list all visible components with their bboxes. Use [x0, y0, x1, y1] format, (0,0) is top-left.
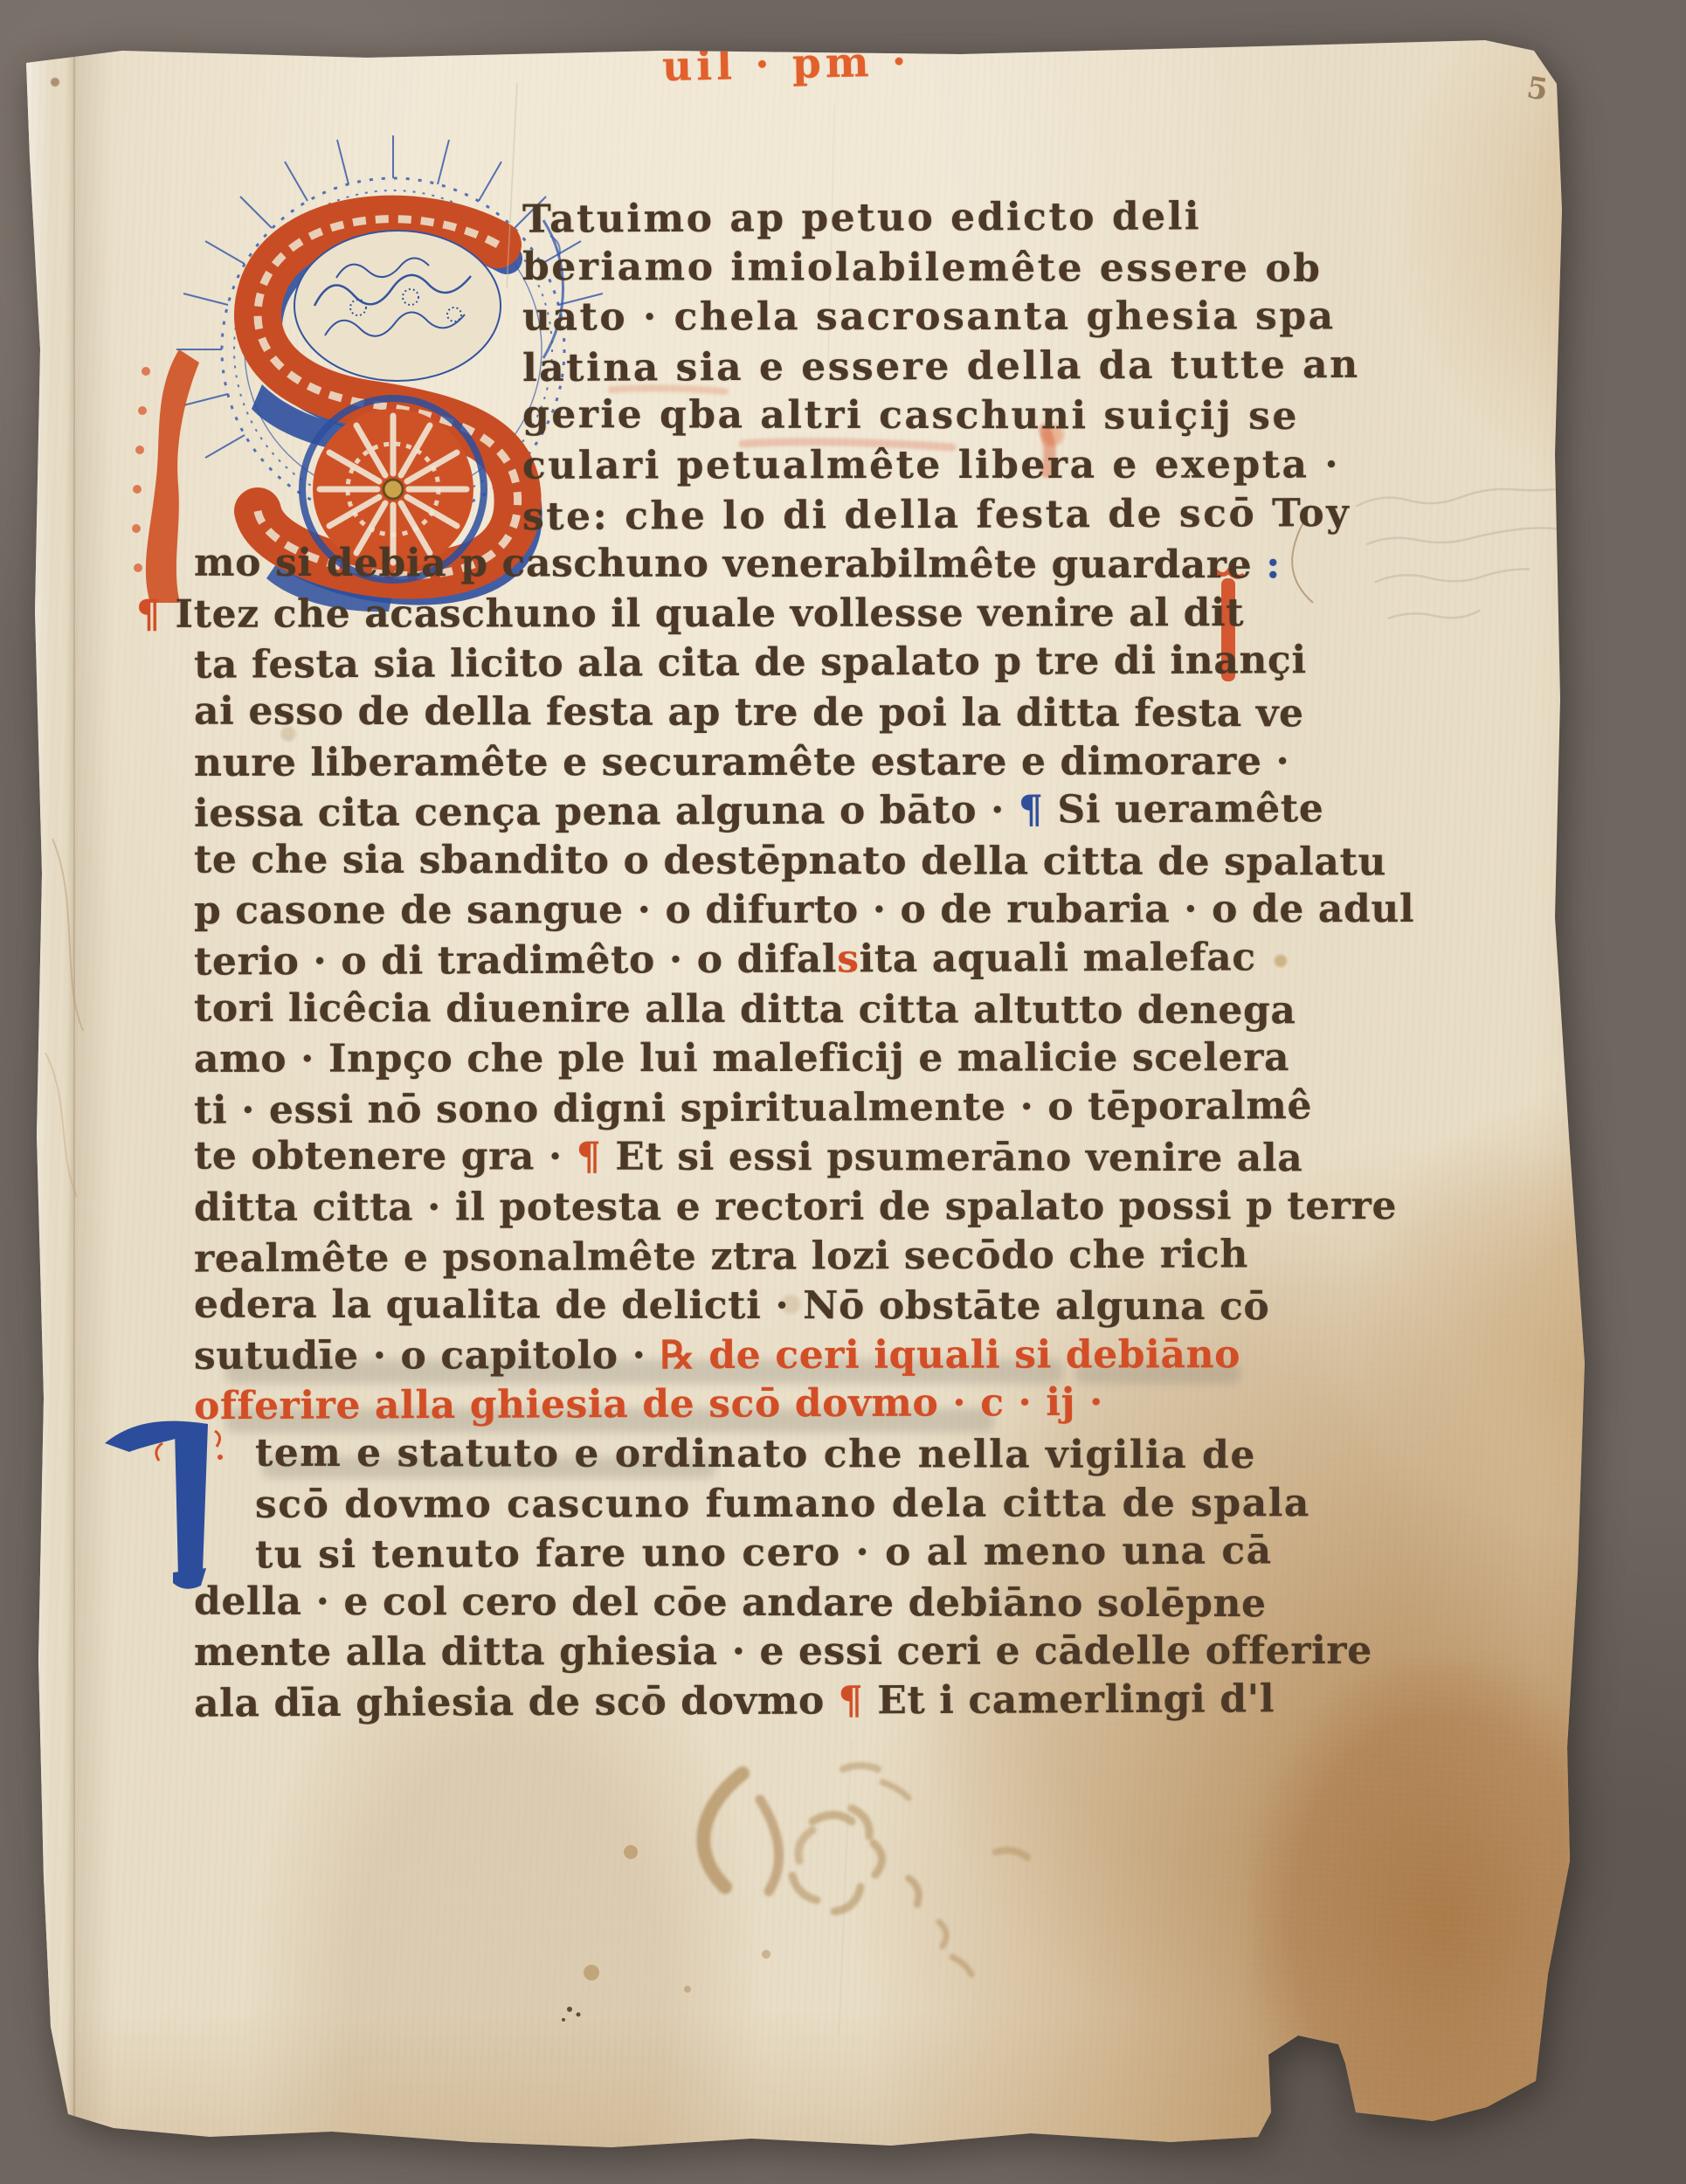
- text-line: tori licêcia diuenire alla ditta citta a…: [194, 989, 1296, 1030]
- text-line: nure liberamête e securamête estare e di…: [194, 743, 1289, 783]
- text-line: ta festa sia licito ala cita de spalato …: [194, 642, 1307, 686]
- text-segment: iessa cita cença pena alguna o bāto ·: [194, 788, 1019, 836]
- text-line: te obtenere gra · ¶ Et si essi psumerāno…: [194, 1137, 1303, 1178]
- text-line: scō dovmo cascuno fumano dela citta de s…: [255, 1484, 1310, 1524]
- text-segment: tem e statuto e ordinato che nella vigil…: [255, 1431, 1256, 1477]
- text-segment: sutudīe · o capitolo ·: [194, 1333, 660, 1379]
- text-segment: tori licêcia diuenire alla ditta citta a…: [194, 985, 1296, 1033]
- text-segment: mente alla ditta ghiesia · e essi ceri e…: [194, 1628, 1372, 1675]
- text-segment: tu si tenuto fare uno cero · o al meno u…: [255, 1529, 1273, 1578]
- text-line: della · e col cero del cōe andare debiān…: [194, 1583, 1267, 1624]
- text-segment: nure liberamête e securamête estare e di…: [194, 739, 1289, 785]
- text-segment: ai esso de della festa ap tre de poi la …: [194, 689, 1304, 736]
- text-segment: amo · Inpço che ple lui maleficij e mali…: [194, 1035, 1289, 1082]
- text-block: Tatuimo ap petuo edicto deliberiamo imio…: [0, 0, 1686, 2184]
- text-segment: beriamo imiolabilemête essere ob: [522, 245, 1323, 291]
- text-segment: latina sia e essere della da tutte an: [522, 342, 1360, 390]
- rubric-segment: ¶: [1019, 788, 1058, 833]
- rubric-segment: ¶: [136, 592, 176, 637]
- page-wrapper: uil · pm̃ · 5: [0, 0, 1686, 2184]
- text-segment: Tatuimo ap petuo edicto deli: [522, 194, 1201, 241]
- text-segment: gerie qba altri caschuni suiçij se: [522, 392, 1299, 439]
- text-line: ti · essi nō sono digni spiritualmente ·…: [194, 1087, 1312, 1130]
- rubric-segment: offerire alla ghiesia de scō dovmo · c ·…: [194, 1380, 1103, 1429]
- photograph-background: uil · pm̃ · 5: [0, 0, 1686, 2184]
- text-line: mente alla ditta ghiesia · e essi ceri e…: [194, 1632, 1372, 1672]
- text-segment: uato · chela sacrosanta ghesia spa: [522, 294, 1336, 340]
- text-segment: ste: che lo di della festa de scō Toy: [522, 491, 1351, 539]
- text-line: ai esso de della festa ap tre de poi la …: [194, 693, 1304, 734]
- text-line: ditta citta · il potesta e rectori de sp…: [194, 1187, 1397, 1227]
- text-line: tem e statuto e ordinato che nella vigil…: [255, 1434, 1256, 1475]
- text-segment: Si ueramête: [1057, 786, 1323, 832]
- rubric-segment: ¶: [839, 1678, 878, 1723]
- text-line: p casone de sangue · o difurto · o de ru…: [194, 890, 1414, 930]
- text-segment: te che sia sbandito o destēpnato della c…: [194, 837, 1386, 884]
- text-segment: ditta citta · il potesta e rectori de sp…: [194, 1184, 1397, 1230]
- rubric-segment: :: [1266, 543, 1281, 587]
- text-line: realmête e psonalmête ztra lozi secōdo c…: [194, 1235, 1248, 1278]
- text-segment: ti · essi nō sono digni spiritualmente ·…: [194, 1083, 1312, 1133]
- text-line: te che sia sbandito o destēpnato della c…: [194, 840, 1386, 881]
- text-line: amo · Inpço che ple lui maleficij e mali…: [194, 1039, 1289, 1079]
- text-segment: scō dovmo cascuno fumano dela citta de s…: [255, 1481, 1310, 1527]
- manuscript-page: uil · pm̃ · 5: [0, 0, 1686, 2184]
- text-line: offerire alla ghiesia de scō dovmo · c ·…: [194, 1384, 1103, 1427]
- text-line: uato · chela sacrosanta ghesia spa: [522, 298, 1336, 337]
- text-segment: culari petualmête libera e exepta ·: [522, 442, 1340, 487]
- text-line: terio · o di tradimêto · o difalsita aqu…: [194, 938, 1256, 981]
- text-segment: ita aquali malefac: [859, 935, 1255, 981]
- text-line: tu si tenuto fare uno cero · o al meno u…: [255, 1532, 1273, 1575]
- text-line: iessa cita cença pena alguna o bāto · ¶ …: [194, 790, 1324, 833]
- text-segment: della · e col cero del cōe andare debiān…: [194, 1579, 1267, 1627]
- text-segment: terio · o di tradimêto · o difal: [194, 936, 837, 984]
- text-segment: Et si essi psumerāno venire ala: [615, 1135, 1303, 1181]
- text-segment: Et i camerlingi d'l: [877, 1676, 1275, 1723]
- text-segment: Itez che acaschuno il quale vollesse ven…: [175, 591, 1244, 637]
- text-line: edera la qualita de delicti · Nō obstāte…: [194, 1286, 1269, 1327]
- text-segment: p casone de sangue · o difurto · o de ru…: [194, 887, 1414, 933]
- text-segment: mo si debia p caschuno venerabilmête gua…: [194, 541, 1266, 588]
- text-line: gerie qba altri caschuni suiçij se: [522, 396, 1299, 436]
- text-segment: realmête e psonalmête ztra lozi secōdo c…: [194, 1232, 1248, 1281]
- text-line: mo si debia p caschuno venerabilmête gua…: [194, 544, 1281, 585]
- text-line: culari petualmête libera e exepta ·: [522, 446, 1340, 485]
- text-line: beriamo imiolabilemête essere ob: [522, 248, 1323, 288]
- text-segment: te obtenere gra ·: [194, 1134, 577, 1179]
- text-line: latina sia e essere della da tutte an: [522, 346, 1360, 388]
- rubric-segment: ¶: [577, 1135, 616, 1179]
- text-line: sutudīe · o capitolo · ℞ de ceri iquali …: [194, 1336, 1240, 1376]
- text-segment: ta festa sia licito ala cita de spalato …: [194, 639, 1307, 688]
- rubric-segment: s: [837, 936, 860, 981]
- text-line: ste: che lo di della festa de scō Toy: [522, 494, 1351, 536]
- text-segment: ala dīa ghiesia de scō dovmo: [194, 1678, 839, 1725]
- rubric-segment: ℞ de ceri iquali si debiāno: [660, 1332, 1240, 1378]
- text-line: ¶ Itez che acaschuno il quale vollesse v…: [136, 594, 1244, 634]
- text-line: Tatuimo ap petuo edicto deli: [522, 197, 1201, 238]
- text-line: ala dīa ghiesia de scō dovmo ¶ Et i came…: [194, 1680, 1275, 1723]
- text-segment: edera la qualita de delicti · Nō obstāte…: [194, 1282, 1269, 1330]
